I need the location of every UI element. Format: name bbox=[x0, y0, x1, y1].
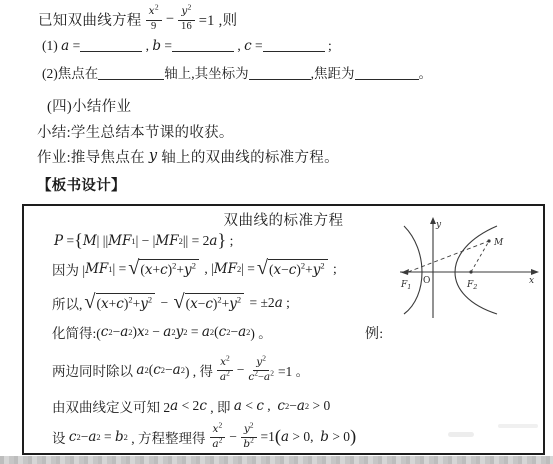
formula-because: 因为 |MF1| =√(x+c)2+y2 , |MF2| =√(x−c)2+y2… bbox=[52, 254, 337, 284]
homework-line: 作业:推导焦点在 y 轴上的双曲线的标准方程。 bbox=[37, 146, 339, 166]
hyperbola-right-branch bbox=[455, 226, 497, 314]
faint-smudge bbox=[448, 432, 474, 437]
formula-therefore: 所以,√(x+c)2+y2 − √(x−c)2+y2 = ±2a ; bbox=[52, 288, 290, 318]
blank-item-1: (1) a = , b = , c = ; bbox=[42, 38, 332, 54]
known-equation-line: 已知双曲线方程x29−y216=1 ,则 bbox=[38, 4, 237, 34]
formula-set-definition: P ={M| ||MF1| − |MF2|| = 2a} ; bbox=[54, 230, 233, 252]
label-m: M bbox=[493, 238, 504, 248]
label-x: x bbox=[529, 276, 534, 286]
m-point bbox=[487, 239, 490, 242]
label-f1: F1 bbox=[400, 280, 411, 291]
blank-item-2: (2)焦点在轴上,其坐标为,焦距为。 bbox=[42, 62, 432, 82]
f2-point bbox=[469, 270, 472, 273]
photo-edge-strip bbox=[0, 456, 553, 464]
document-page: { "colors": {"text": "#1c1c1c", "rule": … bbox=[0, 0, 553, 464]
x-axis-arrow bbox=[531, 269, 539, 275]
formula-definition-inequality: 由双曲线定义可知 2a < 2c , 即 a < c , c2−a2 > 0 bbox=[52, 396, 330, 416]
board-design-box: 双曲线的标准方程 P ={M| ||MF1| − |MF2|| = 2a} ; … bbox=[22, 204, 545, 455]
faint-smudge bbox=[498, 424, 538, 428]
section-heading: (四)小结作业 bbox=[47, 95, 131, 116]
f1-arrow bbox=[401, 269, 409, 275]
formula-simplified: 化简得:(c2−a2)x2 − a2y2 = a2(c2−a2) 。 bbox=[52, 320, 272, 344]
label-f2: F2 bbox=[466, 280, 477, 291]
example-label: 例: bbox=[365, 323, 384, 343]
label-y: y bbox=[435, 220, 442, 230]
hyperbola-left-branch bbox=[404, 226, 422, 314]
summary-line: 小结:学生总结本节课的收获。 bbox=[37, 121, 234, 142]
dashed-line-f2-m bbox=[471, 241, 489, 272]
label-o: O bbox=[423, 276, 430, 286]
formula-divide-both-sides: 两边同时除以 a2(c2−a2) , 得x2a2−y2c2−a2=1 。 bbox=[52, 348, 309, 392]
hyperbola-diagram: y x O F1 F2 M bbox=[392, 214, 542, 324]
board-design-heading: 【板书设计】 bbox=[37, 174, 126, 195]
formula-standard-equation: 设 c2−a2 = b2 , 方程整理得x2a2−y2b2=1(a > 0, b… bbox=[52, 418, 356, 456]
